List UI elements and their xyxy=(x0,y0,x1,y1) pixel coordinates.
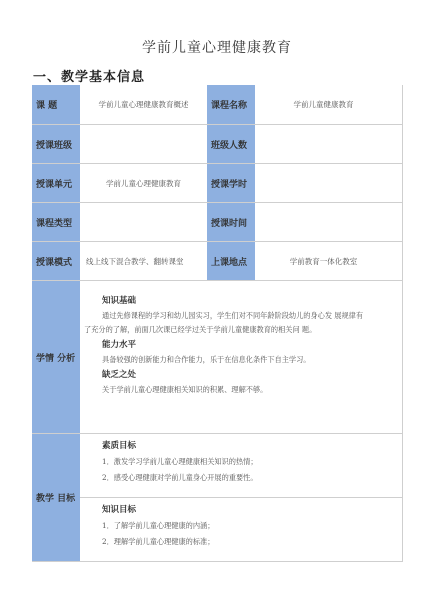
table-row: 课 题 学前儿童心理健康教育概述 课程名称 学前儿童健康教育 xyxy=(32,85,402,124)
label-time: 授课时间 xyxy=(207,203,255,241)
quality-goal-item: 2．感受心理健康对学前儿童身心开展的重要性。 xyxy=(102,472,394,483)
label-location: 上课地点 xyxy=(207,242,255,280)
label-course-type: 课程类型 xyxy=(32,203,80,241)
heading-ability: 能力水平 xyxy=(102,339,394,351)
knowledge-goal-item: 2．理解学前儿童心理健康的标准； xyxy=(102,536,394,547)
label-topic: 课 题 xyxy=(32,85,80,124)
table-row: 课程类型 授课时间 xyxy=(32,202,402,241)
heading-knowledge-basis: 知识基础 xyxy=(102,295,394,307)
value-class xyxy=(80,125,207,163)
label-hours: 授课学时 xyxy=(207,164,255,202)
value-topic: 学前儿童心理健康教育概述 xyxy=(80,85,207,124)
value-unit: 学前儿童心理健康教育 xyxy=(80,164,207,202)
heading-knowledge-goals: 知识目标 xyxy=(102,504,394,516)
analysis-row: 学情 分析 知识基础 通过先修课程的学习和幼儿园实习，学生们对不同年龄阶段幼儿的… xyxy=(32,280,402,433)
table-row: 授课班级 班级人数 xyxy=(32,124,402,163)
value-location: 学前教育一体化教室 xyxy=(255,242,392,280)
table-row: 授课模式 线上线下混合教学、翻转课堂 上课地点 学前教育一体化教室 xyxy=(32,241,402,280)
table-row: 授课单元 学前儿童心理健康教育 授课学时 xyxy=(32,163,402,202)
document-title: 学前儿童心理健康教育 xyxy=(0,37,434,57)
heading-weakness: 缺乏之处 xyxy=(102,369,394,381)
heading-quality-goals: 素质目标 xyxy=(102,440,394,452)
label-analysis: 学情 分析 xyxy=(32,281,80,433)
label-course-name: 课程名称 xyxy=(207,85,255,124)
label-goals: 教学 目标 xyxy=(32,434,80,561)
value-course-name: 学前儿童健康教育 xyxy=(255,85,392,124)
value-time xyxy=(255,203,392,241)
goals-content: 素质目标 1．激发学习学前儿童心理健康相关知识的热情； 2．感受心理健康对学前儿… xyxy=(80,434,402,561)
ability-text: 具备较强的创新能力和合作能力，乐于在信息化条件下自主学习。 xyxy=(102,354,394,365)
value-mode: 线上线下混合教学、翻转课堂 xyxy=(80,242,213,280)
knowledge-basis-line1: 通过先修课程的学习和幼儿园实习，学生们对不同年龄阶段幼儿的身心发 展规律有 xyxy=(102,310,394,321)
label-unit: 授课单元 xyxy=(32,164,80,202)
value-class-size xyxy=(255,125,392,163)
goals-row: 教学 目标 素质目标 1．激发学习学前儿童心理健康相关知识的热情； 2．感受心理… xyxy=(32,433,402,561)
label-mode: 授课模式 xyxy=(32,242,80,280)
quality-goals: 素质目标 1．激发学习学前儿童心理健康相关知识的热情； 2．感受心理健康对学前儿… xyxy=(80,434,402,497)
weakness-text: 关于学前儿童心理健康相关知识的积累、理解不够。 xyxy=(102,384,394,395)
knowledge-goal-item: 1．了解学前儿童心理健康的内涵； xyxy=(102,520,394,531)
value-hours xyxy=(255,164,392,202)
knowledge-basis-line2: 了充分的了解，前面几次课已经学过关于学前儿童健康教育的相关问 题。 xyxy=(84,324,394,335)
analysis-content: 知识基础 通过先修课程的学习和幼儿园实习，学生们对不同年龄阶段幼儿的身心发 展规… xyxy=(80,281,402,433)
basic-info-table: 课 题 学前儿童心理健康教育概述 课程名称 学前儿童健康教育 授课班级 班级人数… xyxy=(32,85,403,562)
section-heading: 一、教学基本信息 xyxy=(33,66,145,85)
value-course-type xyxy=(80,203,207,241)
quality-goal-item: 1．激发学习学前儿童心理健康相关知识的热情； xyxy=(102,456,394,467)
knowledge-goals: 知识目标 1．了解学前儿童心理健康的内涵； 2．理解学前儿童心理健康的标准； xyxy=(80,497,402,561)
label-class: 授课班级 xyxy=(32,125,80,163)
label-class-size: 班级人数 xyxy=(207,125,255,163)
